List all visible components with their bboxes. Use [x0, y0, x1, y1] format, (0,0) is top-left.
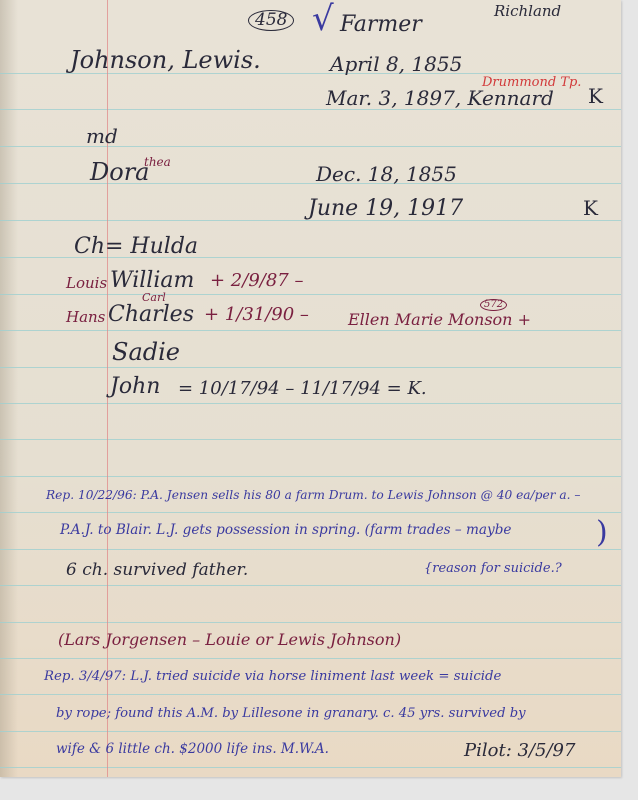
death-date-place: Mar. 3, 1897, Kennard — [326, 88, 554, 108]
report-note-line: Rep. 3/4/97: L.J. tried suicide via hors… — [44, 670, 501, 683]
rule-line — [0, 658, 621, 659]
bracket-close: ) — [596, 518, 608, 548]
child-name: Sadie — [112, 340, 180, 364]
rule-line — [0, 294, 621, 295]
report-note-line: by rope; found this A.M. by Lillesone in… — [56, 707, 526, 720]
record-number: 458 — [248, 10, 294, 31]
child-prefix: Louis — [66, 276, 107, 291]
reason-note: {reason for suicide.? — [424, 562, 562, 575]
check-icon: √ — [312, 2, 334, 36]
rule-line — [0, 476, 621, 477]
rule-line — [0, 694, 621, 695]
married-label: md — [86, 126, 118, 146]
spouse-name-addition: thea — [144, 156, 171, 168]
child-name: William — [110, 270, 194, 292]
spouse-death-date: June 19, 1917 — [308, 198, 463, 220]
rule-line — [0, 512, 621, 513]
pilot-source: Pilot: 3/5/97 — [464, 742, 575, 760]
deceased-name: Johnson, Lewis. — [70, 48, 261, 72]
child-note: + 2/9/87 – — [210, 272, 303, 290]
report-note-line: Rep. 10/22/96: P.A. Jensen sells his 80 … — [46, 489, 580, 501]
child-prefix: Hans — [66, 310, 105, 325]
child-spouse-name: Ellen Marie Monson + — [348, 312, 531, 328]
survived-note: 6 ch. survived father. — [66, 562, 248, 579]
child-spouse-record-number: 572 — [480, 299, 507, 311]
spouse-name: Dora — [90, 160, 149, 184]
margin-line — [107, 0, 108, 777]
birth-date: April 8, 1855 — [330, 54, 462, 74]
spouse-k-marker: K — [583, 198, 598, 218]
death-k-marker: K — [588, 86, 603, 106]
rule-line — [0, 731, 621, 732]
rule-line — [0, 767, 621, 768]
report-note-line: P.A.J. to Blair. L.J. gets possession in… — [60, 524, 511, 538]
spouse-birth-date: Dec. 18, 1855 — [316, 164, 457, 184]
child-name: Charles — [108, 304, 194, 326]
child-name: John — [110, 376, 160, 398]
rule-line — [0, 549, 621, 550]
ledger-page: 458 √ Farmer Richland Johnson, Lewis. Ap… — [0, 0, 621, 777]
rule-line — [0, 585, 621, 586]
child-note: = 10/17/94 – 11/17/94 = K. — [178, 380, 427, 398]
report-note-line: wife & 6 little ch. $2000 life ins. M.W.… — [56, 743, 329, 757]
alias-note: (Lars Jorgensen – Louie or Lewis Johnson… — [58, 632, 401, 648]
rule-line — [0, 367, 621, 368]
rule-line — [0, 622, 621, 623]
township: Richland — [494, 4, 561, 19]
occupation: Farmer — [340, 14, 422, 36]
rule-line — [0, 439, 621, 440]
child-note: + 1/31/90 – — [204, 306, 309, 324]
rule-line — [0, 403, 621, 404]
children-label: Ch= Hulda — [74, 236, 198, 258]
rule-line — [0, 330, 621, 331]
